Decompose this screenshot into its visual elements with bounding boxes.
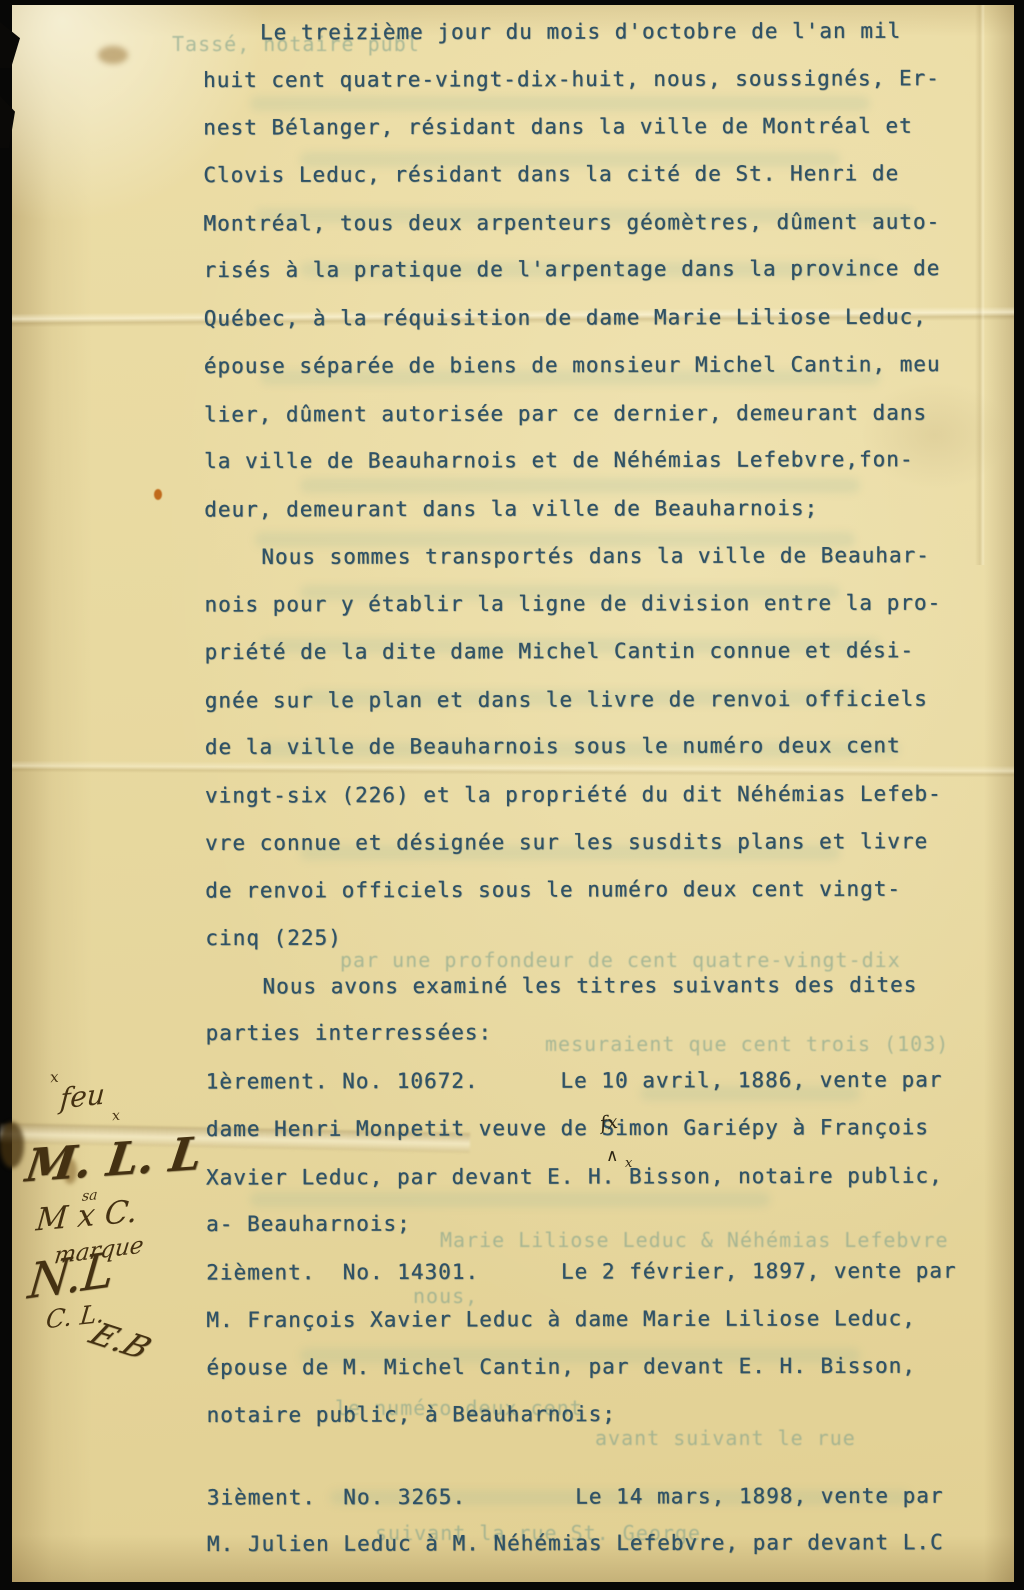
typed-line: deur, demeurant dans la ville de Beauhar… bbox=[204, 484, 994, 534]
typed-line: Montréal, tous deux arpenteurs géomètres… bbox=[203, 198, 993, 248]
typed-line: lier, dûment autorisée par ce dernier, d… bbox=[204, 389, 994, 439]
margin-note-feu: feu bbox=[59, 1077, 106, 1115]
margin-reference-mark: x bbox=[111, 1108, 120, 1125]
typed-line: épouse de M. Michel Cantin, par devant E… bbox=[206, 1343, 996, 1393]
typed-line: priété de la dite dame Michel Cantin con… bbox=[205, 627, 995, 677]
typed-line: gnée sur le plan et dans le livre de ren… bbox=[205, 675, 995, 725]
typed-line: risés à la pratique de l'arpentage dans … bbox=[204, 245, 994, 295]
margin-reference-mark: x bbox=[49, 1068, 59, 1087]
typed-line: M. François Xavier Leduc à dame Marie Li… bbox=[206, 1295, 996, 1345]
typed-line: nest Bélanger, résidant dans la ville de… bbox=[203, 103, 993, 153]
inline-insertion-mark: fx bbox=[599, 1111, 620, 1135]
typed-line: 3ièment. No. 3265. Le 14 mars, 1898, ven… bbox=[207, 1472, 997, 1522]
typed-line: parties interressées: bbox=[206, 1008, 996, 1058]
typed-line: vre connue et désignée sur les susdits p… bbox=[205, 818, 995, 868]
typed-line: a- Beauharnois; bbox=[206, 1199, 996, 1249]
typed-line: notaire public, à Beauharnois; bbox=[207, 1390, 997, 1440]
typed-line: nois pour y établir la ligne de division… bbox=[204, 580, 994, 630]
typed-line: vingt-six (226) et la propriété du dit N… bbox=[205, 770, 995, 820]
typed-line: Québec, à la réquisition de dame Marie L… bbox=[204, 294, 994, 344]
typed-body: Le treizième jour du mois d'octobre de l… bbox=[203, 7, 997, 1569]
insertion-caret: ∧ bbox=[606, 1146, 618, 1166]
typed-line: M. Julien Leduc à M. Néhémias Lefebvre, … bbox=[207, 1519, 997, 1569]
typed-line: Le treizième jour du mois d'octobre de l… bbox=[203, 7, 993, 57]
scanned-document-page: Tassé, notaire publ par une profondeur d… bbox=[0, 0, 1024, 1590]
typed-line: de renvoi officiels sous le numéro deux … bbox=[205, 866, 995, 916]
typed-line: 1èrement. No. 10672. Le 10 avril, 1886, … bbox=[206, 1057, 996, 1107]
typed-line: Xavier Leduc, par devant E. H. Bisson, n… bbox=[206, 1152, 996, 1202]
typed-line: Nous avons examiné les titres suivants d… bbox=[205, 961, 995, 1011]
typed-line: Clovis Leduc, résidant dans la cité de S… bbox=[203, 150, 993, 200]
typed-line: 2ièment. No. 14301. Le 2 février, 1897, … bbox=[206, 1247, 996, 1297]
typed-line: huit cent quatre-vingt-dix-huit, nous, s… bbox=[203, 55, 993, 105]
typed-line: cinq (225) bbox=[205, 913, 995, 963]
typed-line: Nous sommes transportés dans la ville de… bbox=[204, 532, 994, 582]
typed-line: épouse séparée de biens de monsieur Mich… bbox=[204, 341, 994, 391]
insertion-caret-x: x bbox=[625, 1156, 632, 1171]
typed-line: la ville de Beauharnois et de Néhémias L… bbox=[204, 436, 994, 486]
typed-line: de la ville de Beauharnois sous le numér… bbox=[205, 722, 995, 772]
